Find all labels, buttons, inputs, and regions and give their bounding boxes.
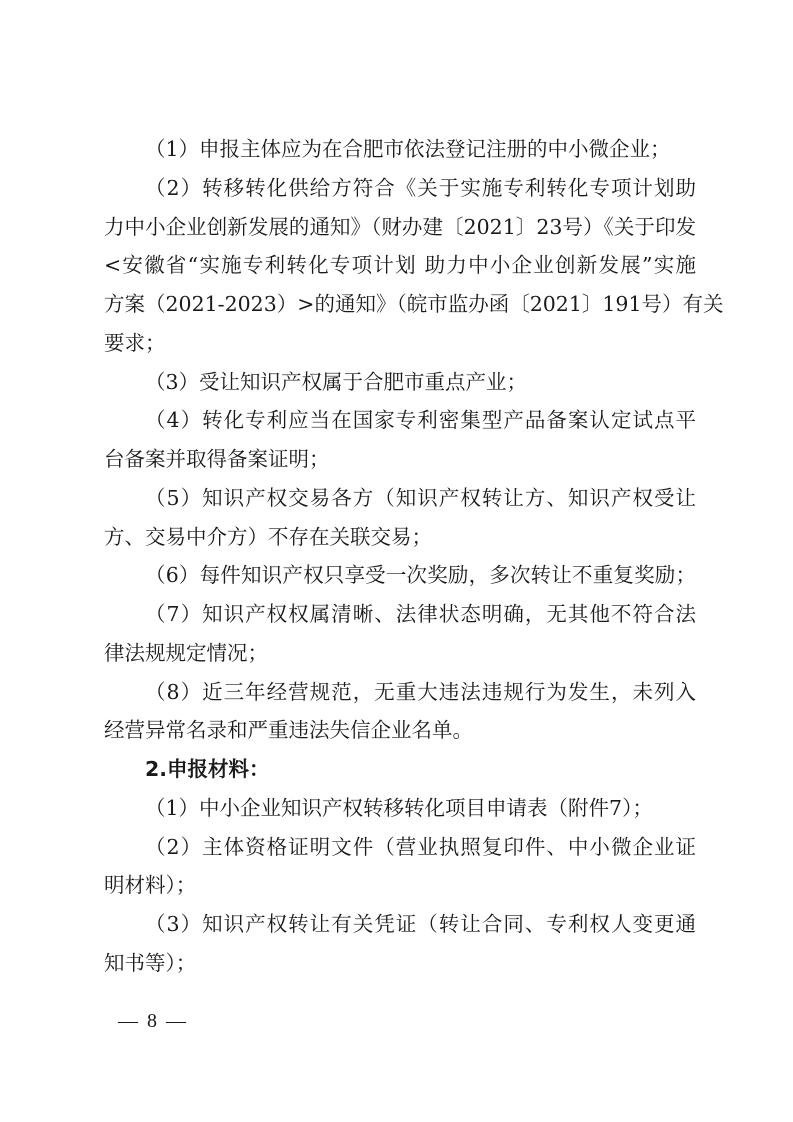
requirement-4-line-1: （4）转化专利应当在国家专利密集型产品备案认定试点平 [104,401,696,440]
requirement-8-line-1: （8）近三年经营规范，无重大违法违规行为发生，未列入 [104,673,696,712]
requirement-4-line-2: 台备案并取得备案证明； [104,440,696,479]
material-2-line-1: （2）主体资格证明文件（营业执照复印件、中小微企业证 [104,828,696,867]
requirement-8-line-2: 经营异常名录和严重违法失信企业名单。 [104,711,696,750]
material-2-line-2: 明材料）； [104,866,696,905]
requirement-2-line-4: 方案（2021-2023）>的通知》（皖市监办函〔2021〕191号）有关 [104,285,696,324]
requirement-7-line-1: （7）知识产权权属清晰、法律状态明确，无其他不符合法 [104,595,696,634]
requirement-6: （6）每件知识产权只享受一次奖励，多次转让不重复奖励； [104,556,696,595]
material-3-line-1: （3）知识产权转让有关凭证（转让合同、专利权人变更通 [104,905,696,944]
material-3-line-2: 知书等）； [104,944,696,983]
requirement-5-line-2: 方、交易中介方）不存在关联交易； [104,518,696,557]
requirement-2-line-5: 要求； [104,324,696,363]
requirement-5-line-1: （5）知识产权交易各方（知识产权转让方、知识产权受让 [104,479,696,518]
document-body: （1）申报主体应为在合肥市依法登记注册的中小微企业； （2）转移转化供给方符合《… [104,130,696,983]
requirement-7-line-2: 律法规规定情况； [104,634,696,673]
section-heading-materials: 2.申报材料： [104,750,696,789]
requirement-2-line-2: 力中小企业创新发展的通知》（财办建〔2021〕23号）《关于印发 [104,208,696,247]
requirement-2-line-1: （2）转移转化供给方符合《关于实施专利转化专项计划助 [104,169,696,208]
material-1: （1）中小企业知识产权转移转化项目申请表（附件7）； [104,789,696,828]
document-page: （1）申报主体应为在合肥市依法登记注册的中小微企业； （2）转移转化供给方符合《… [0,0,793,1122]
requirement-3: （3）受让知识产权属于合肥市重点产业； [104,363,696,402]
requirement-2-line-3: <安徽省“实施专利转化专项计划 助力中小企业创新发展”实施 [104,246,696,285]
requirement-1: （1）申报主体应为在合肥市依法登记注册的中小微企业； [104,130,696,169]
page-number: — 8 — [118,1006,188,1036]
